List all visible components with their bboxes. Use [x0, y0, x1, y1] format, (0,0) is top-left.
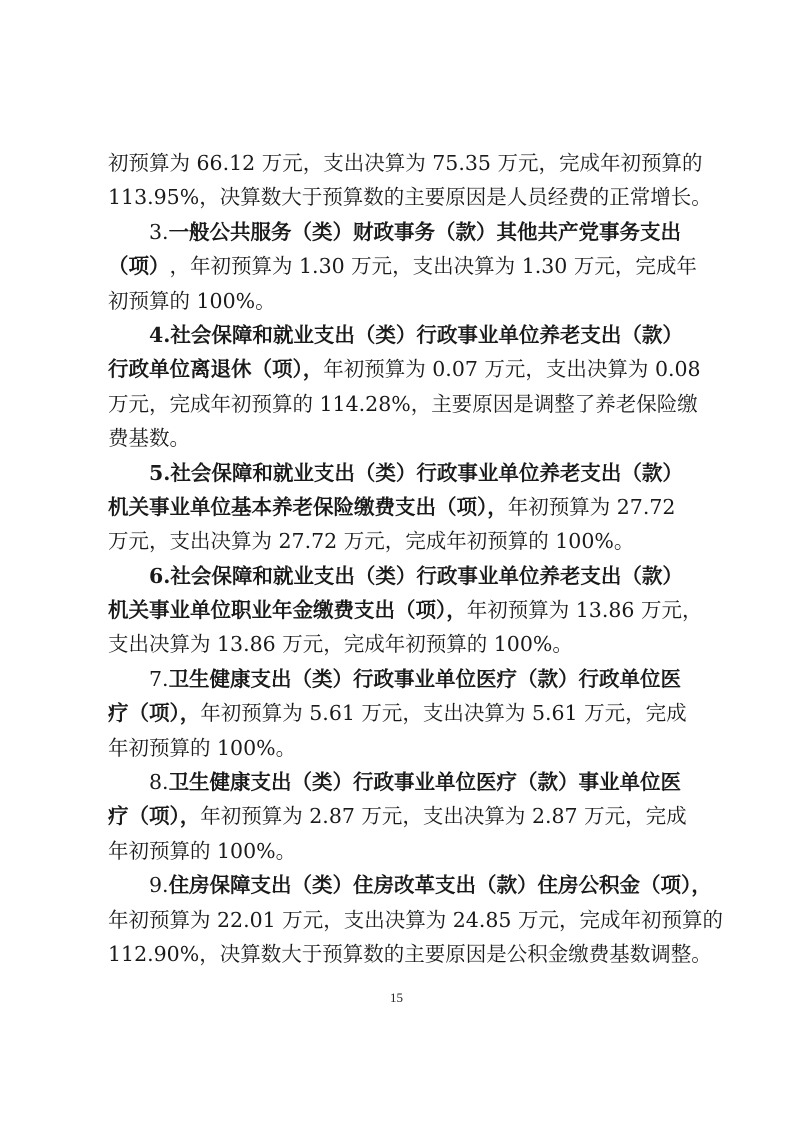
item-heading: 疗（项），: [108, 696, 200, 730]
text-segment: 年初预算为 0.07 万元，支出决算为 0.08: [323, 352, 700, 386]
text-line: 支出决算为 13.86 万元，完成年初预算的 100%。: [108, 627, 692, 661]
item-heading: 卫生健康支出（类）行政事业单位医疗（款）事业单位医: [169, 765, 682, 799]
text-segment: 年初预算的 100%。: [108, 834, 296, 868]
page-number: 15: [0, 990, 793, 1006]
text-line: 行政单位离退休（项），年初预算为 0.07 万元，支出决算为 0.08: [108, 352, 692, 386]
text-line: 初预算为 66.12 万元，支出决算为 75.35 万元，完成年初预算的: [108, 146, 692, 180]
paragraph-item3: 3.一般公共服务（类）财政事务（款）其他共产党事务支出 （项），年初预算为 1.…: [108, 215, 692, 318]
item-heading: 6.社会保障和就业支出（类）行政事业单位养老支出（款）: [149, 559, 683, 593]
paragraph-item2-continuation: 初预算为 66.12 万元，支出决算为 75.35 万元，完成年初预算的 113…: [108, 146, 692, 215]
text-segment: 113.95%，决算数大于预算数的主要原因是人员经费的正常增长。: [108, 180, 712, 214]
text-segment: 初预算的 100%。: [108, 284, 276, 318]
item-heading: 机关事业单位职业年金缴费支出（项），: [108, 593, 467, 627]
item-heading: 卫生健康支出（类）行政事业单位医疗（款）行政单位医: [169, 662, 682, 696]
item-heading: 行政单位离退休（项），: [108, 352, 323, 386]
paragraph-item5: 5.社会保障和就业支出（类）行政事业单位养老支出（款） 机关事业单位基本养老保险…: [108, 456, 692, 559]
text-line: 疗（项），年初预算为 5.61 万元，支出决算为 5.61 万元，完成: [108, 696, 692, 730]
text-line: 年初预算的 100%。: [108, 834, 692, 868]
item-number: 3.: [149, 215, 169, 249]
document-body: 初预算为 66.12 万元，支出决算为 75.35 万元，完成年初预算的 113…: [108, 146, 692, 971]
text-line: 4.社会保障和就业支出（类）行政事业单位养老支出（款）: [108, 318, 692, 352]
item-heading: （项）: [108, 249, 170, 283]
text-segment: 年初预算为 22.01 万元，支出决算为 24.85 万元，完成年初预算的: [108, 903, 723, 937]
text-segment: 112.90%，决算数大于预算数的主要原因是公积金缴费基数调整。: [108, 937, 712, 971]
text-line: 年初预算为 22.01 万元，支出决算为 24.85 万元，完成年初预算的: [108, 903, 692, 937]
text-line: 万元，支出决算为 27.72 万元，完成年初预算的 100%。: [108, 524, 692, 558]
item-heading: 一般公共服务（类）财政事务（款）其他共产党事务支出: [169, 215, 682, 249]
paragraph-item7: 7.卫生健康支出（类）行政事业单位医疗（款）行政单位医 疗（项），年初预算为 5…: [108, 662, 692, 765]
item-heading: 疗（项），: [108, 799, 200, 833]
text-line: 费基数。: [108, 421, 692, 455]
text-line: 年初预算的 100%。: [108, 731, 692, 765]
paragraph-item6: 6.社会保障和就业支出（类）行政事业单位养老支出（款） 机关事业单位职业年金缴费…: [108, 559, 692, 662]
text-segment: 万元，完成年初预算的 114.28%，主要原因是调整了养老保险缴: [108, 387, 698, 421]
item-heading: 4.社会保障和就业支出（类）行政事业单位养老支出（款）: [149, 318, 683, 352]
text-segment: 费基数。: [108, 421, 190, 455]
text-line: （项），年初预算为 1.30 万元，支出决算为 1.30 万元，完成年: [108, 249, 692, 283]
text-line: 7.卫生健康支出（类）行政事业单位医疗（款）行政单位医: [108, 662, 692, 696]
text-line: 112.90%，决算数大于预算数的主要原因是公积金缴费基数调整。: [108, 937, 692, 971]
paragraph-item8: 8.卫生健康支出（类）行政事业单位医疗（款）事业单位医 疗（项），年初预算为 2…: [108, 765, 692, 868]
text-line: 机关事业单位基本养老保险缴费支出（项），年初预算为 27.72: [108, 490, 692, 524]
text-segment: 支出决算为 13.86 万元，完成年初预算的 100%。: [108, 627, 573, 661]
text-segment: 万元，支出决算为 27.72 万元，完成年初预算的 100%。: [108, 524, 634, 558]
item-heading: 5.社会保障和就业支出（类）行政事业单位养老支出（款）: [149, 456, 683, 490]
paragraph-item4: 4.社会保障和就业支出（类）行政事业单位养老支出（款） 行政单位离退休（项），年…: [108, 318, 692, 456]
text-segment: 年初预算为 13.86 万元，: [467, 593, 703, 627]
text-segment: 初预算为 66.12 万元，支出决算为 75.35 万元，完成年初预算的: [108, 146, 702, 180]
text-segment: 年初预算的 100%。: [108, 731, 296, 765]
text-line: 机关事业单位职业年金缴费支出（项），年初预算为 13.86 万元，: [108, 593, 692, 627]
text-line: 万元，完成年初预算的 114.28%，主要原因是调整了养老保险缴: [108, 387, 692, 421]
text-line: 113.95%，决算数大于预算数的主要原因是人员经费的正常增长。: [108, 180, 692, 214]
text-segment: ，年初预算为 1.30 万元，支出决算为 1.30 万元，完成年: [170, 249, 697, 283]
text-line: 初预算的 100%。: [108, 284, 692, 318]
item-number: 8.: [149, 765, 169, 799]
paragraph-item9: 9.住房保障支出（类）住房改革支出（款）住房公积金（项）， 年初预算为 22.0…: [108, 868, 692, 971]
text-line: 疗（项），年初预算为 2.87 万元，支出决算为 2.87 万元，完成: [108, 799, 692, 833]
item-heading: 机关事业单位基本养老保险缴费支出（项），: [108, 490, 508, 524]
item-number: 7.: [149, 662, 169, 696]
text-line: 9.住房保障支出（类）住房改革支出（款）住房公积金（项），: [108, 868, 692, 902]
text-segment: 年初预算为 27.72: [508, 490, 676, 524]
item-heading: 住房保障支出（类）住房改革支出（款）住房公积金（项），: [169, 868, 712, 902]
text-segment: 年初预算为 5.61 万元，支出决算为 5.61 万元，完成: [200, 696, 686, 730]
text-segment: 年初预算为 2.87 万元，支出决算为 2.87 万元，完成: [200, 799, 686, 833]
text-line: 3.一般公共服务（类）财政事务（款）其他共产党事务支出: [108, 215, 692, 249]
text-line: 6.社会保障和就业支出（类）行政事业单位养老支出（款）: [108, 559, 692, 593]
item-number: 9.: [149, 868, 169, 902]
text-line: 5.社会保障和就业支出（类）行政事业单位养老支出（款）: [108, 456, 692, 490]
text-line: 8.卫生健康支出（类）行政事业单位医疗（款）事业单位医: [108, 765, 692, 799]
